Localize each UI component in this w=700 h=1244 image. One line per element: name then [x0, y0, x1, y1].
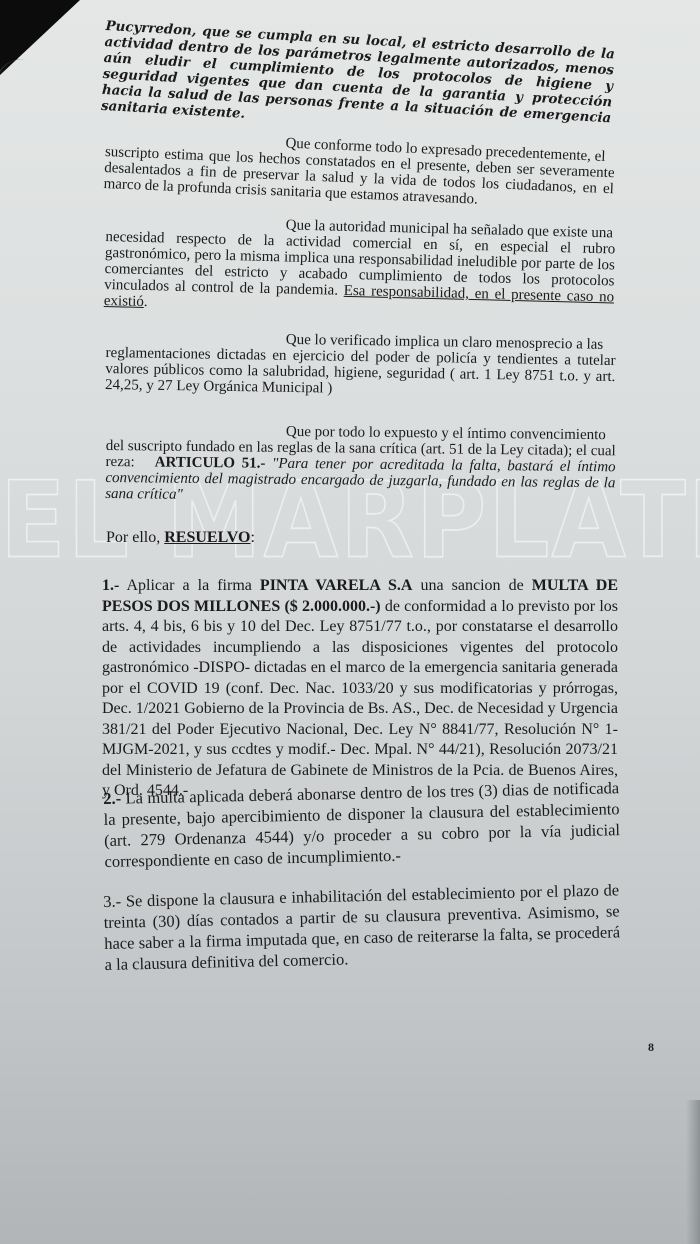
resolution-label: RESUELVO [164, 529, 250, 546]
item-number: 2.- [103, 789, 121, 808]
paragraph-severity: Que conforme todo lo expresado precedent… [103, 128, 615, 213]
paragraph-protocol-compliance: Pucyrredon, que se cumpla en su local, e… [101, 18, 616, 142]
article-reference: ARTICULO 51.- [155, 455, 266, 472]
resolution-item-1: 1.- Aplicar a la firma PINTA VARELA S.A … [102, 576, 618, 802]
item-text: Aplicar a la firma [126, 577, 251, 594]
paragraph-regulations: Que lo verificado implica un claro menos… [105, 329, 616, 401]
resolution-prefix: Por ello, [106, 529, 160, 546]
item-number: 1.- [102, 577, 119, 594]
paragraph-body: reglamentaciones dictadas en ejercicio d… [105, 345, 616, 397]
page-number: 8 [648, 1040, 654, 1055]
item-text: una sancion de [421, 577, 524, 594]
page-curl-edge [0, 55, 26, 148]
resolution-item-3: 3.- Se dispone la clausura e inhabilitac… [103, 879, 621, 975]
resolution-suffix: : [250, 529, 254, 546]
resolution-heading: Por ello, RESUELVO: [106, 529, 255, 547]
photo-shadow [686, 1100, 700, 1244]
item-text: de conformidad a lo previsto por los art… [102, 598, 618, 800]
firm-name: PINTA VARELA S.A [260, 577, 413, 594]
paragraph-responsibility: Que la autoridad municipal ha señalado q… [104, 213, 616, 321]
item-number: 3.- [103, 892, 121, 911]
paragraph-end: . [144, 294, 148, 310]
item-text: La multa aplicada deberá abonarse dentro… [103, 778, 620, 871]
item-text: Se dispone la clausura e inhabilitación … [103, 880, 620, 974]
paragraph-article-51: Que por todo lo expuesto y el íntimo con… [105, 422, 616, 507]
resolution-item-2: 2.- La multa aplicada deberá abonarse de… [103, 777, 621, 872]
